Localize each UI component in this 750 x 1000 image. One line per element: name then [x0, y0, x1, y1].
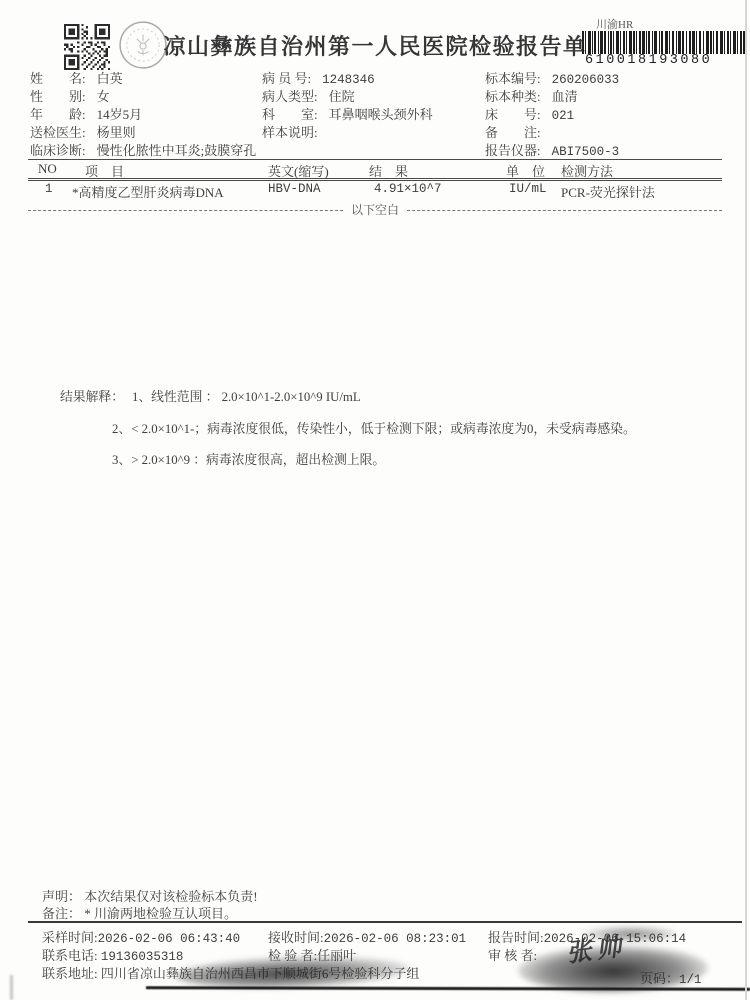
- contact-phone: 联系电话: 19136035318: [42, 945, 183, 964]
- ordering-doctor-value: 杨里则: [86, 125, 136, 140]
- blank-below-label: 以下空白: [343, 201, 407, 218]
- specimen-no-label: 标本编号:: [485, 71, 541, 86]
- barcode-number: 610018193080: [585, 53, 712, 68]
- contact-address-label: 联系地址:: [42, 966, 98, 981]
- department-value: 耳鼻咽喉头颈外科: [318, 107, 433, 122]
- info-row: 临床诊断:慢性化脓性中耳炎;鼓膜穿孔 报告仪器:ABI7500-3: [30, 140, 730, 158]
- patient-id-label: 病 员 号:: [262, 71, 311, 86]
- info-row: 姓 名:白英 病 员 号:1248346 标本编号:260206033: [30, 69, 730, 87]
- age-value: 14岁5月: [86, 107, 143, 122]
- info-row: 年 龄:14岁5月 科 室:耳鼻咽喉头颈外科 床 号:021: [30, 105, 730, 123]
- row-no: 1: [45, 182, 53, 196]
- scan-edge-artifact: [10, 975, 13, 1000]
- note-label: 备注：: [42, 906, 81, 921]
- remark-value: [541, 125, 552, 140]
- instrument-label: 报告仪器:: [485, 143, 541, 158]
- col-item: 项 目: [85, 161, 124, 180]
- row-method: PCR-荧光探针法: [561, 182, 655, 201]
- col-result: 结 果: [369, 161, 408, 180]
- remark-label: 备 注:: [485, 125, 541, 140]
- col-method: 检测方法: [561, 161, 613, 180]
- receiving-time: 接收时间:2026-02-06 08:23:01: [268, 927, 466, 946]
- dashed-line: [28, 210, 343, 211]
- info-row: 送检医生:杨里则 样本说明: 备 注:: [30, 122, 730, 140]
- sample-note-value: [318, 125, 329, 140]
- department-label: 科 室:: [262, 107, 318, 122]
- receiving-time-value: 2026-02-06 08:23:01: [324, 932, 467, 946]
- sex-value: 女: [86, 89, 110, 104]
- col-no: NO: [38, 161, 57, 177]
- col-unit: 单 位: [506, 161, 545, 180]
- ink-smudge: [583, 926, 678, 942]
- col-english: 英文(缩写): [268, 161, 329, 180]
- interpretation-line-2: 2、< 2.0×10^1-；病毒浓度很低，传染性小，低于检测下限；或病毒浓度为0…: [112, 418, 636, 437]
- results-table-header: NO 项 目 英文(缩写) 结 果 单 位 检测方法: [28, 159, 722, 181]
- result-interpretation-section: 结果解释： 1、线性范围 ： 2.0×10^1-2.0×10^9 IU/mL 2…: [60, 386, 636, 468]
- name-value: 白英: [86, 71, 123, 86]
- blank-below-divider: 以下空白: [28, 202, 722, 216]
- sampling-time-label: 采样时间:: [42, 930, 98, 945]
- row-result: 4.91×10^7: [374, 182, 442, 196]
- region-program-label: 川渝HR: [596, 16, 633, 32]
- patient-type-value: 住院: [318, 89, 355, 104]
- specimen-type-label: 标本种类:: [485, 89, 541, 104]
- sample-note-label: 样本说明:: [262, 125, 318, 140]
- row-item: *高精度乙型肝炎病毒DNA: [72, 182, 224, 201]
- sampling-time: 采样时间:2026-02-06 06:43:40: [42, 927, 240, 946]
- row-unit: IU/mL: [509, 182, 547, 196]
- scan-edge-artifact: [745, 0, 747, 1000]
- table-row: 1 *高精度乙型肝炎病毒DNA HBV-DNA 4.91×10^7 IU/mL …: [28, 181, 722, 202]
- age-label: 年 龄:: [30, 107, 86, 122]
- row-english: HBV-DNA: [268, 182, 321, 196]
- footer-divider: [28, 921, 742, 923]
- sampling-time-value: 2026-02-06 06:43:40: [98, 932, 241, 946]
- instrument-value: ABI7500-3: [541, 145, 620, 159]
- note-text: * 川渝两地检验互认项目。: [84, 906, 237, 921]
- clinical-diagnosis-value: 慢性化脓性中耳炎;鼓膜穿孔: [86, 143, 257, 158]
- info-row: 性 别:女 病人类型:住院 标本种类:血清: [30, 87, 730, 105]
- interpretation-line-1: 1、线性范围 ： 2.0×10^1-2.0×10^9 IU/mL: [124, 386, 361, 405]
- ink-smudge: [175, 953, 411, 991]
- sex-label: 性 别:: [30, 89, 86, 104]
- specimen-type-value: 血清: [541, 89, 578, 104]
- specimen-barcode: [582, 31, 746, 54]
- scan-edge-artifact: [146, 986, 750, 991]
- name-label: 姓 名:: [30, 71, 86, 86]
- contact-phone-value: 19136035318: [101, 950, 184, 964]
- dashed-line: [407, 210, 722, 211]
- patient-info-section: 姓 名:白英 病 员 号:1248346 标本编号:260206033 性 别:…: [30, 69, 730, 158]
- lab-report-page: 凉山彝族自治州第一人民医院检验报告单 川渝HR 610018193080 姓 名…: [0, 0, 750, 1000]
- interpretation-line-3: 3、> 2.0×10^9 ：病毒浓度很高，超出检测上限。: [112, 449, 636, 468]
- ordering-doctor-label: 送检医生:: [30, 125, 86, 140]
- results-table: NO 项 目 英文(缩写) 结 果 单 位 检测方法 1 *高精度乙型肝炎病毒D…: [28, 159, 722, 216]
- statement-text: 本次结果仅对该检验标本负责!: [84, 889, 257, 904]
- report-time-label: 报告时间:: [488, 930, 544, 945]
- contact-phone-label: 联系电话:: [42, 948, 98, 963]
- clinical-diagnosis-label: 临床诊断:: [30, 143, 86, 158]
- statement-label: 声明：: [42, 889, 81, 904]
- interpretation-label: 结果解释：: [60, 386, 124, 405]
- patient-type-label: 病人类型:: [262, 89, 318, 104]
- receiving-time-label: 接收时间:: [268, 930, 324, 945]
- note-line: 备注： * 川渝两地检验互认项目。: [42, 903, 237, 922]
- bed-no-label: 床 号:: [485, 107, 541, 122]
